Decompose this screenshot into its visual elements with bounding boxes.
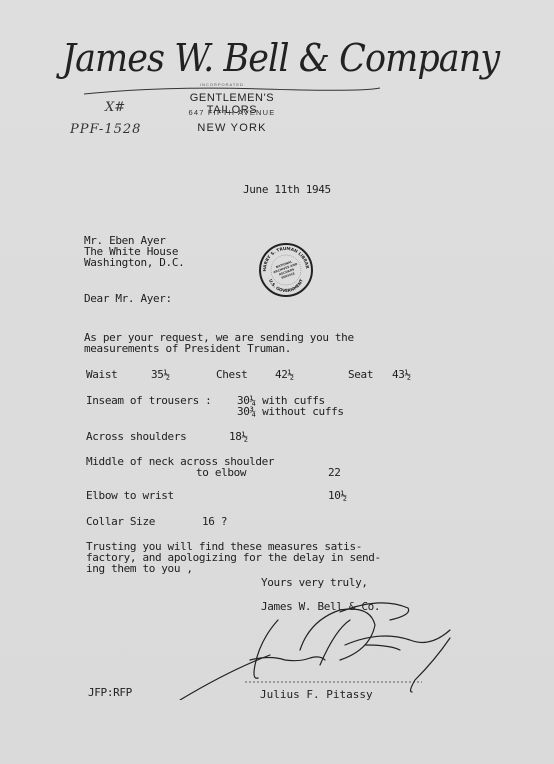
svg-text:Julius F. Pitassy: Julius F. Pitassy [260, 688, 373, 700]
handwritten-mark: X# [105, 100, 125, 115]
intro-line: measurements of President Truman. [84, 343, 291, 354]
company-name-script: James W. Bell & Company [62, 36, 499, 80]
salutation: Dear Mr. Ayer: [84, 293, 172, 304]
elbow-wrist-label: Elbow to wrist [86, 490, 174, 501]
archive-stamp: HARRY S. TRUMAN LIBRARY U.S. GOVERNMENT … [258, 242, 314, 298]
waist-value: 35½ [151, 369, 170, 380]
inseam-without-cuffs: 30¾ without cuffs [237, 406, 344, 417]
seat-value: 43½ [392, 369, 411, 380]
closing-line: ing them to you , [86, 563, 193, 574]
handwritten-signature: Julius F. Pitassy [150, 600, 470, 700]
letter-date: June 11th 1945 [243, 184, 331, 195]
letterhead-city: NEW YORK [166, 122, 298, 134]
letter-page: James W. Bell & Company INCORPORATED GEN… [0, 0, 554, 764]
reference-initials: JFP:RFP [88, 687, 132, 698]
handwritten-file-number: PPF-1528 [70, 122, 141, 137]
neck-value: 22 [328, 467, 341, 478]
svg-text:U.S. GOVERNMENT: U.S. GOVERNMENT [268, 278, 304, 293]
complimentary-close: Yours very truly, [261, 577, 368, 588]
collar-size-value: 16 ? [202, 516, 227, 527]
chest-value: 42½ [275, 369, 294, 380]
shoulders-label: Across shoulders [86, 431, 186, 442]
seat-label: Seat [348, 369, 373, 380]
elbow-wrist-value: 10½ [328, 490, 347, 501]
recipient-line3: Washington, D.C. [84, 257, 184, 268]
shoulders-value: 18½ [229, 431, 248, 442]
chest-label: Chest [216, 369, 247, 380]
waist-label: Waist [86, 369, 117, 380]
inseam-label: Inseam of trousers : [86, 395, 211, 406]
letterhead-address: 647 FIFTH AVENUE [166, 108, 298, 117]
collar-size-label: Collar Size [86, 516, 155, 527]
neck-label-line2: to elbow [196, 467, 246, 478]
